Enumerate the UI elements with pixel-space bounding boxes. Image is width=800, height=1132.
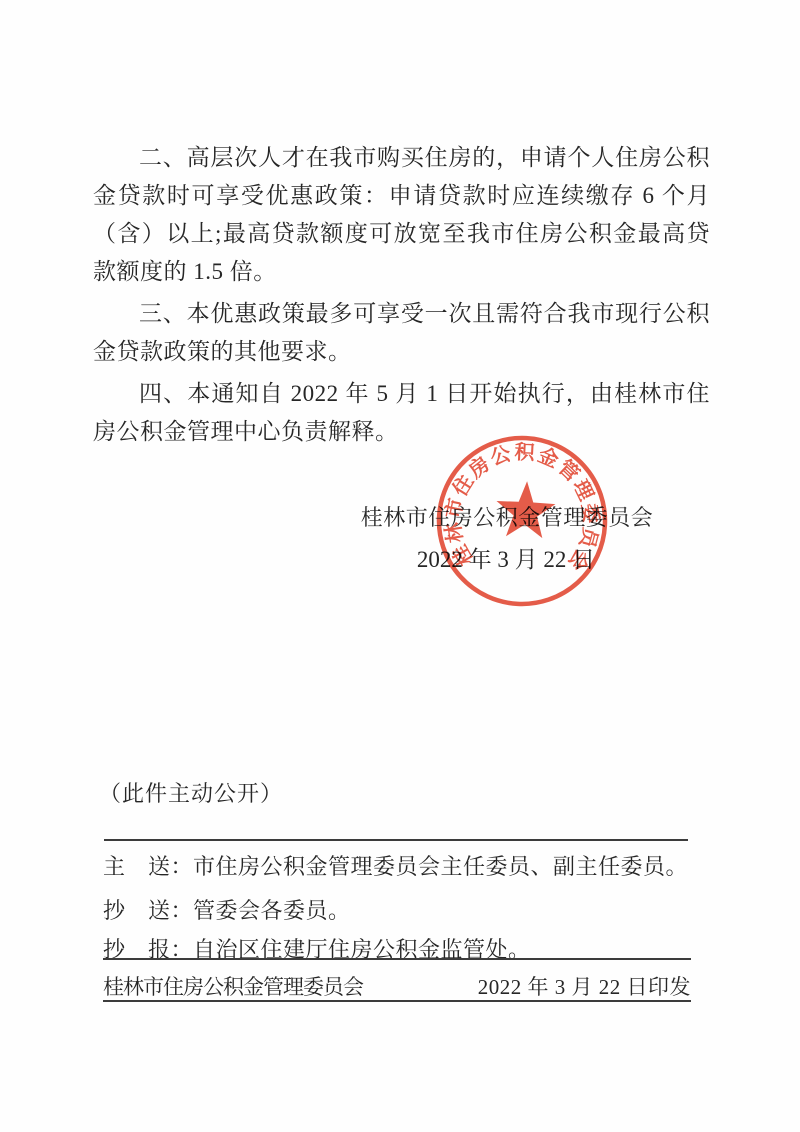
separator-line-bottom [103, 1000, 691, 1002]
signature-date: 2022 年 3 月 22 日 [417, 541, 595, 574]
print-date: 2022 年 3 月 22 日印发 [478, 971, 691, 1001]
document-body: 二、高层次人才在我市购买住房的，申请个人住房公积金贷款时可享受优惠政策：申请贷款… [93, 139, 710, 455]
paragraph-item-2: 二、高层次人才在我市购买住房的，申请个人住房公积金贷款时可享受优惠政策：申请贷款… [93, 139, 710, 291]
distribution-content: 管委会各委员。 [193, 898, 351, 923]
disclosure-note: （此件主动公开） [99, 777, 283, 808]
distribution-row-copy: 抄 送：管委会各委员。 [103, 894, 703, 925]
distribution-row-main: 主 送：市住房公积金管理委员会主任委员、副主任委员。 [103, 850, 703, 881]
distribution-label: 主 送： [103, 854, 193, 879]
paragraph-item-4: 四、本通知自 2022 年 5 月 1 日开始执行，由桂林市住房公积金管理中心负… [93, 375, 710, 451]
colophon-row: 桂林市住房公积金管理委员会 2022 年 3 月 22 日印发 [103, 971, 691, 1001]
document-page: 二、高层次人才在我市购买住房的，申请个人住房公积金贷款时可享受优惠政策：申请贷款… [0, 0, 800, 1132]
separator-line-top [104, 839, 688, 841]
paragraph-item-3: 三、本优惠政策最多可享受一次且需符合我市现行公积金贷款政策的其他要求。 [93, 295, 710, 371]
distribution-label: 抄 送： [103, 898, 193, 923]
printer-name: 桂林市住房公积金管理委员会 [103, 971, 363, 1001]
separator-line-middle [103, 958, 691, 960]
signature-issuer: 桂林市住房公积金管理委员会 [361, 501, 654, 532]
distribution-content: 市住房公积金管理委员会主任委员、副主任委员。 [193, 854, 688, 879]
